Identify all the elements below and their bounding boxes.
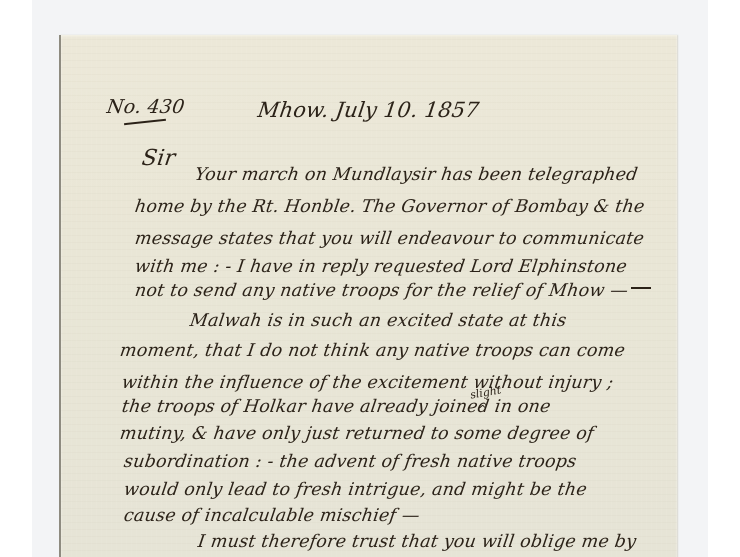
reference-number: No. 430 <box>105 96 186 118</box>
letter-line-4: with me : - I have in reply requested Lo… <box>134 257 629 277</box>
salutation: Sir <box>140 146 177 171</box>
place-and-date: Mhow. July 10. 1857 <box>256 98 480 122</box>
letter-line-14: I must therefore trust that you will obl… <box>197 532 638 552</box>
letter-line-8: within the influence of the excitement w… <box>121 373 615 393</box>
letter-line-6: Malwah is in such an excited state at th… <box>189 311 568 331</box>
line-end-dash <box>631 287 651 289</box>
letter-line-1: Your march on Mundlaysir has been telegr… <box>194 165 639 185</box>
letter-line-5: not to send any native troops for the re… <box>134 281 630 301</box>
letter-line-13: cause of incalculable mischief — <box>123 506 421 526</box>
letter-line-3: message states that you will endeavour t… <box>134 229 646 249</box>
letter-line-12: would only lead to fresh intrigue, and m… <box>123 480 589 500</box>
letter-line-11: subordination : - the advent of fresh na… <box>123 452 578 472</box>
scan-canvas: No. 430 Mhow. July 10. 1857 Sir Your mar… <box>0 0 740 557</box>
insertion-caret: ^ <box>478 403 487 416</box>
letter-line-7: moment, that I do not think any native t… <box>119 341 627 361</box>
letter-line-9: the troops of Holkar have already joined… <box>121 397 552 417</box>
letter-line-10: mutiny, & have only just returned to som… <box>119 424 596 444</box>
letter-line-2: home by the Rt. Honble. The Governor of … <box>134 197 646 217</box>
